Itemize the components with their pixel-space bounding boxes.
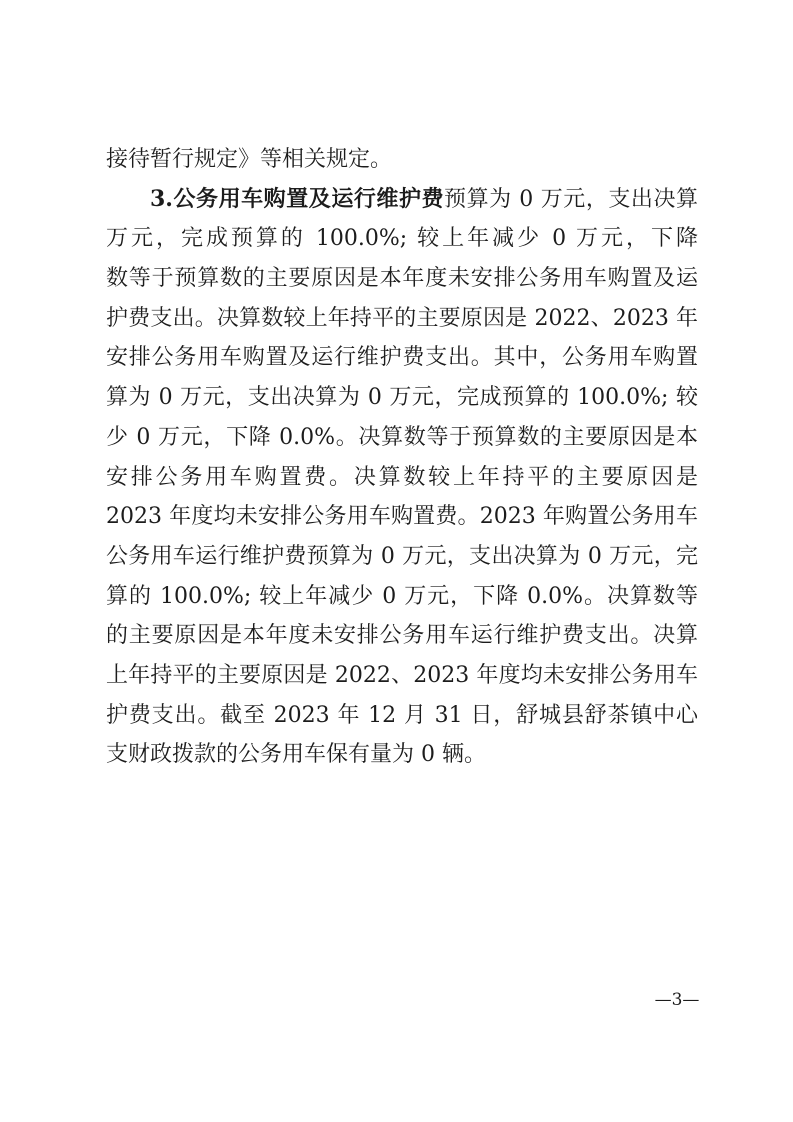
section-heading-line: 3.公务用车购置及运行维护费预算为 0 万元，支出决算为 0 xyxy=(106,180,698,220)
paragraph-line: 护费支出。决算数较上年持平的主要原因是 2022、2023 年度均未 xyxy=(106,299,698,339)
paragraph-line: 支财政拨款的公务用车保有量为 0 辆。 xyxy=(106,735,698,775)
paragraph-line: 少 0 万元，下降 0.0%。决算数等于预算数的主要原因是本年度未 xyxy=(106,418,698,458)
paragraph-line: 算为 0 万元，支出决算为 0 万元，完成预算的 100.0%; 较上年减 xyxy=(106,378,698,418)
section-heading: 3.公务用车购置及运行维护费 xyxy=(150,186,444,212)
paragraph-line: 公务用车运行维护费预算为 0 万元，支出决算为 0 万元，完成预 xyxy=(106,537,698,577)
paragraph-line: 上年持平的主要原因是 2022、2023 年度均未安排公务用车运行维 xyxy=(106,656,698,696)
paragraph-line: 算的 100.0%; 较上年减少 0 万元，下降 0.0%。决算数等于预算数 xyxy=(106,577,698,617)
paragraph-line: 安排公务用车购置费。决算数较上年持平的主要原因是 2022、 xyxy=(106,458,698,498)
paragraph-line: 的主要原因是本年度未安排公务用车运行维护费支出。决算数较 xyxy=(106,616,698,656)
document-page: 接待暂行规定》等相关规定。 3.公务用车购置及运行维护费预算为 0 万元，支出决… xyxy=(0,0,793,1122)
paragraph-line: 接待暂行规定》等相关规定。 xyxy=(106,140,698,180)
paragraph-line: 万元，完成预算的 100.0%; 较上年减少 0 万元，下降 0.0%。决算 xyxy=(106,219,698,259)
paragraph-line: 安排公务用车购置及运行维护费支出。其中，公务用车购置费预 xyxy=(106,338,698,378)
paragraph-line: 护费支出。截至 2023 年 12 月 31 日，舒城县舒茶镇中心学校开 xyxy=(106,696,698,736)
page-number: —3— xyxy=(645,989,709,1011)
paragraph-line: 2023 年度均未安排公务用车购置费。2023 年购置公务用车 0 辆。 xyxy=(106,497,698,537)
paragraph-line: 数等于预算数的主要原因是本年度未安排公务用车购置及运行维 xyxy=(106,259,698,299)
body-text: 接待暂行规定》等相关规定。 3.公务用车购置及运行维护费预算为 0 万元，支出决… xyxy=(106,140,698,775)
